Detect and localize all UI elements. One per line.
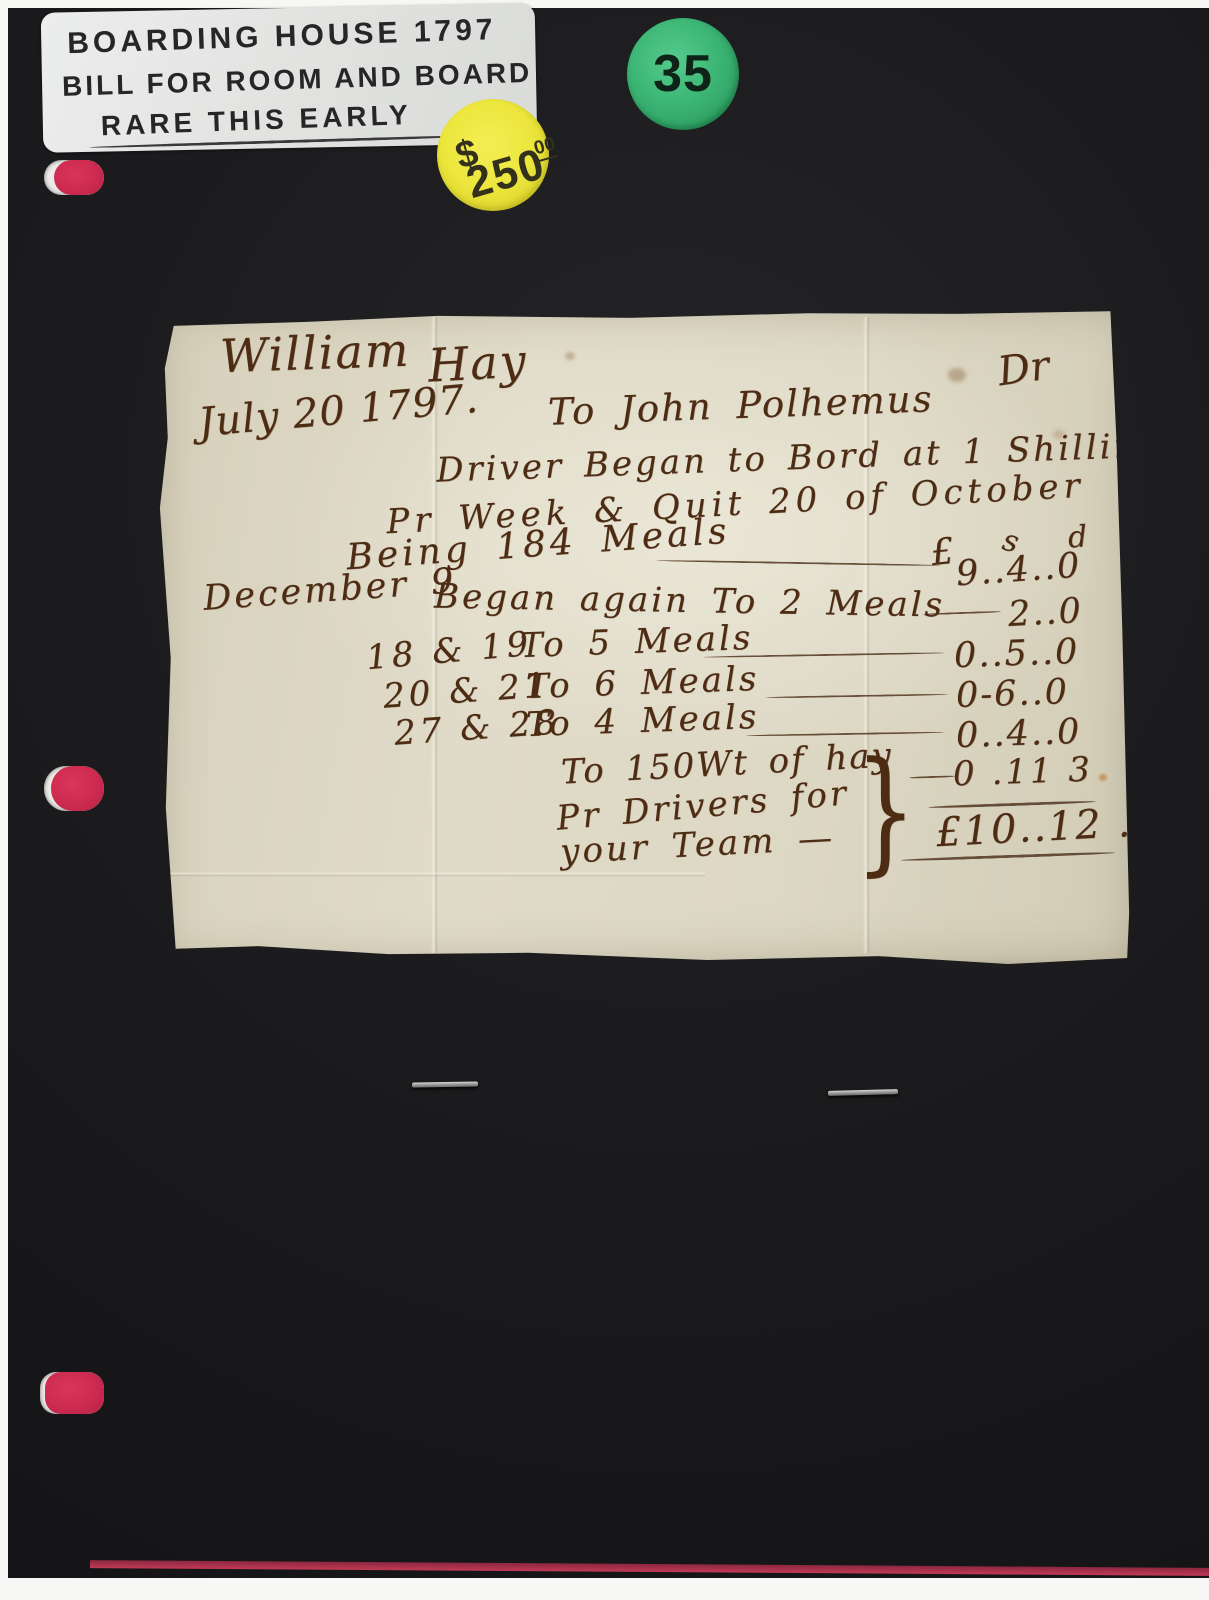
binder-hole-red-backing	[54, 160, 104, 195]
ink-stain	[1099, 774, 1107, 781]
binder-hole-red-backing	[45, 1372, 104, 1414]
entry-amount: 0-6..0	[955, 672, 1069, 716]
entry-amount: 9..4..0	[955, 546, 1083, 595]
binder-hole-top	[44, 160, 104, 195]
total-rule-below	[901, 851, 1115, 861]
curly-brace: }	[855, 744, 916, 878]
binder-hole-middle	[44, 766, 104, 811]
debtor-first-name: William	[219, 323, 411, 384]
entry-date: December 9	[202, 561, 458, 619]
page-bottom-red-edge	[90, 1560, 1209, 1576]
binder-hole-red-backing	[51, 766, 104, 811]
leader-line	[766, 693, 948, 698]
entry-amount: 2..0	[1007, 591, 1084, 635]
ink-stain	[565, 352, 575, 360]
manuscript-document: William Hay July 20 1797. To John Polhem…	[153, 304, 1138, 966]
entry-description: Began again To 2 Meals	[434, 577, 946, 626]
ink-stain	[948, 368, 966, 382]
staple-right	[828, 1089, 898, 1096]
entry-description: To 5 Meals	[519, 618, 754, 666]
price-sticker: $ 250 00	[437, 99, 549, 211]
currency-header-pounds: £	[929, 531, 956, 574]
entry-amount: 0..5..0	[953, 632, 1080, 676]
label-line-2: BILL FOR ROOM AND BOARD	[62, 57, 533, 103]
creditor-line: To John Polhemus	[547, 377, 934, 433]
debit-abbreviation: Dr	[995, 343, 1052, 396]
horizontal-fold-crease	[163, 872, 705, 877]
label-line-1: BOARDING HOUSE 1797	[67, 13, 497, 61]
label-line-3: RARE THIS EARLY	[100, 99, 412, 142]
price-text-group: $ 250 00	[428, 90, 558, 220]
album-page: BOARDING HOUSE 1797 BILL FOR ROOM AND BO…	[8, 8, 1209, 1578]
entry-description: To 4 Meals	[525, 697, 760, 745]
item-number: 35	[627, 44, 739, 104]
item-number-sticker: 35	[627, 18, 739, 130]
scan-background: BOARDING HOUSE 1797 BILL FOR ROOM AND BO…	[0, 0, 1209, 1600]
staple-left	[412, 1081, 478, 1087]
entry-amount: 0 .11 3	[952, 750, 1093, 795]
entry-amount: 0..4..0	[955, 712, 1082, 756]
leader-line	[656, 560, 941, 567]
binder-hole-bottom	[40, 1372, 104, 1414]
